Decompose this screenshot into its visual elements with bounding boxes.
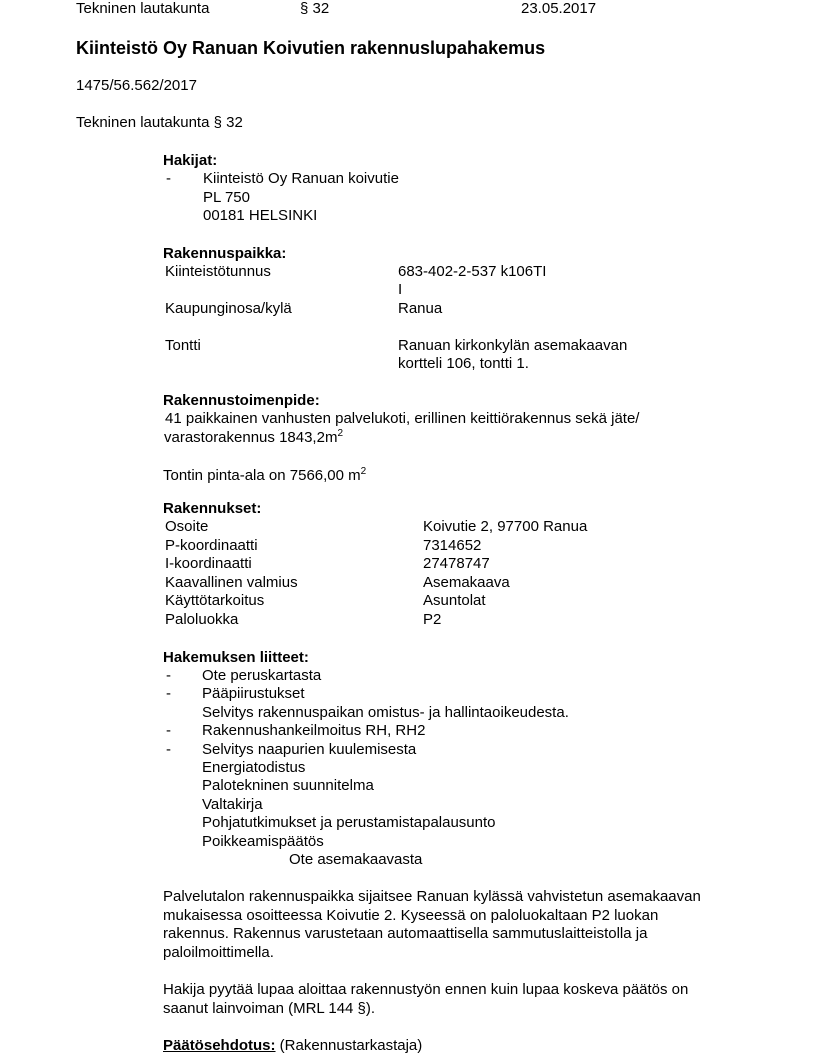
applicants-heading: Hakijat: [163,152,217,170]
decision-line: Päätösehdotus: (Rakennustarkastaja) [163,1037,422,1055]
attachment-item: Ote peruskartasta [202,667,321,685]
plot-area-text: Tontin pinta-ala on 7566,00 m [163,467,361,484]
page-title: Kiinteistö Oy Ranuan Koivutien rakennusl… [76,37,545,59]
building-value: P2 [423,611,441,629]
attachment-item: Selvitys rakennuspaikan omistus- ja hall… [202,704,569,722]
building-value: Koivutie 2, 97700 Ranua [423,518,587,536]
paragraph-line: saanut lainvoiman (MRL 144 §). [163,1000,375,1018]
applicants-bullet: - [166,170,171,188]
building-label: I-koordinaatti [165,555,252,573]
reference-number: 1475/56.562/2017 [76,77,197,95]
site-label: Kaupunginosa/kylä [165,300,292,318]
buildings-heading: Rakennukset: [163,500,261,518]
building-value: 27478747 [423,555,490,573]
paragraph-line: paloilmoittimella. [163,944,274,962]
site-value: I [398,281,402,299]
decision-note: (Rakennustarkastaja) [276,1037,423,1054]
paragraph-line: rakennus. Rakennus varustetaan automaatt… [163,925,647,943]
applicant-line: Kiinteistö Oy Ranuan koivutie [203,170,399,188]
header-section: § 32 [300,0,329,18]
attachment-bullet: - [166,667,171,685]
header-date: 23.05.2017 [521,0,596,18]
applicant-line: PL 750 [203,189,250,207]
site-value: 683-402-2-537 k106TI [398,263,546,281]
attachment-item: Palotekninen suunnitelma [202,777,374,795]
building-value: Asemakaava [423,574,510,592]
site-value: kortteli 106, tontti 1. [398,355,529,373]
attachment-item: Valtakirja [202,796,263,814]
building-value: Asuntolat [423,592,486,610]
plot-area: Tontin pinta-ala on 7566,00 m2 [163,467,366,485]
attachment-bullet: - [166,722,171,740]
attachment-bullet: - [166,741,171,759]
attachments-heading: Hakemuksen liitteet: [163,649,309,667]
attachment-item: Ote asemakaavasta [289,851,422,869]
attachment-item: Poikkeamispäätös [202,833,324,851]
attachment-bullet: - [166,685,171,703]
decision-heading: Päätösehdotus: [163,1037,276,1054]
measure-heading: Rakennustoimenpide: [163,392,320,410]
measure-text: varastorakennus 1843,2m [164,429,337,446]
building-site-heading: Rakennuspaikka: [163,245,286,263]
building-value: 7314652 [423,537,481,555]
attachment-item: Energiatodistus [202,759,305,777]
site-label: Kiinteistötunnus [165,263,271,281]
paragraph-line: mukaisessa osoitteessa Koivutie 2. Kysee… [163,907,658,925]
building-label: Paloluokka [165,611,238,629]
measure-line: varastorakennus 1843,2m2 [164,429,343,447]
building-label: Kaavallinen valmius [165,574,298,592]
applicant-line: 00181 HELSINKI [203,207,317,225]
measure-line: 41 paikkainen vanhusten palvelukoti, eri… [165,410,639,428]
header-committee: Tekninen lautakunta [76,0,209,18]
committee-section: Tekninen lautakunta § 32 [76,114,243,132]
attachment-item: Pääpiirustukset [202,685,305,703]
site-value: Ranua [398,300,442,318]
superscript: 2 [337,428,343,439]
attachment-item: Selvitys naapurien kuulemisesta [202,741,416,759]
building-label: P-koordinaatti [165,537,258,555]
site-value: Ranuan kirkonkylän asemakaavan [398,337,627,355]
paragraph-line: Hakija pyytää lupaa aloittaa rakennustyö… [163,981,688,999]
superscript: 2 [361,466,367,477]
paragraph-line: Palvelutalon rakennuspaikka sijaitsee Ra… [163,888,701,906]
building-label: Käyttötarkoitus [165,592,264,610]
site-label: Tontti [165,337,201,355]
attachment-item: Rakennushankeilmoitus RH, RH2 [202,722,425,740]
building-label: Osoite [165,518,208,536]
attachment-item: Pohjatutkimukset ja perustamistapalausun… [202,814,496,832]
